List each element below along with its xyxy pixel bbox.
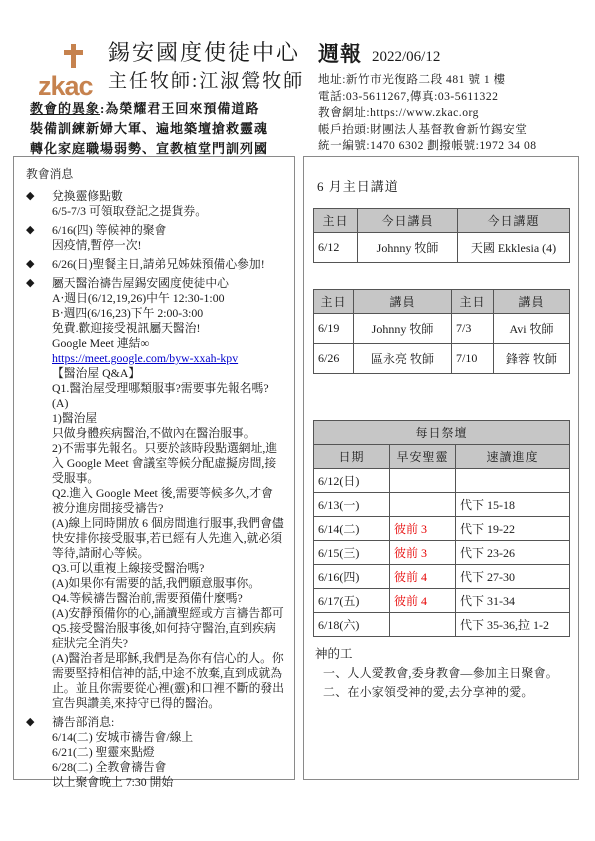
announcement-content: 禱告部消息: 6/14(二) 安城市禱告會/線上 6/21(二) 聖靈來點燈 6… bbox=[52, 715, 284, 790]
address-line: 地址:新竹市光復路二段 481 號 1 樓 bbox=[318, 72, 578, 89]
col-header-speaker: 今日講員 bbox=[358, 209, 458, 233]
healing-house-title: 屬天醫治禱告屋錫安國度使徒中心 bbox=[52, 276, 284, 291]
altar-date: 6/14(二) bbox=[314, 517, 390, 541]
free-service-line: 免費.歡迎接受視訊屬天醫治! bbox=[52, 321, 284, 336]
altar-morning: 彼前 4 bbox=[390, 565, 456, 589]
sermon-topic: 天國 Ekklesia (4) bbox=[458, 233, 570, 263]
table-header-row: 日期 早安聖靈 速讀進度 bbox=[314, 445, 570, 469]
pastor-line: 主任牧師:江淑鶯牧師 bbox=[108, 68, 304, 96]
altar-date: 6/16(四) bbox=[314, 565, 390, 589]
prayer-meeting-time-line: 以上聚會晚上 7:30 開始 bbox=[52, 775, 284, 790]
altar-date: 6/12(日) bbox=[314, 469, 390, 493]
sermon-speaker: Johnny 牧師 bbox=[358, 233, 458, 263]
announcement-content: 兌換靈修點數 6/5-7/3 可領取登記之提貨券。 bbox=[52, 189, 284, 219]
qa-answer-1-point2: 2)不需事先報名。只要於該時段點選網址,進入 Google Meet 會議室等候… bbox=[52, 441, 284, 486]
qa-question-4: Q4.等候禱告醫治前,需要預備什麼嗎? bbox=[52, 591, 284, 606]
col-header-sunday: 主日 bbox=[452, 290, 494, 314]
altar-row: 6/14(二) 彼前 3 代下 19-22 bbox=[314, 517, 570, 541]
qa-answer-3: (A)如果你有需要的話,我們願意服事你。 bbox=[52, 576, 284, 591]
sermon-section-title: 6 月主日講道 bbox=[317, 179, 569, 194]
church-contact-info: 地址:新竹市光復路二段 481 號 1 樓 電話:03-5611267,傳真:0… bbox=[318, 72, 578, 155]
altar-row: 6/12(日) bbox=[314, 469, 570, 493]
meet-link-label: Google Meet 連結 bbox=[52, 336, 140, 350]
sermon-date: 6/12 bbox=[314, 233, 358, 263]
bulletin-date: 2022/06/12 bbox=[372, 49, 440, 66]
daily-altar-table: 每日祭壇 日期 早安聖靈 速讀進度 6/12(日) 6/13(一) 代下 15-… bbox=[313, 420, 570, 637]
diamond-bullet-icon: ◆ bbox=[24, 223, 52, 253]
daily-altar-title: 每日祭壇 bbox=[314, 421, 570, 445]
masthead-right: 週報 2022/06/12 地址:新竹市光復路二段 481 號 1 樓 電話:0… bbox=[318, 38, 578, 155]
altar-title-row: 每日祭壇 bbox=[314, 421, 570, 445]
announcement-line: 6/26(日)聖餐主日,請弟兄姊妹預備心參加! bbox=[52, 257, 284, 272]
altar-date: 6/13(一) bbox=[314, 493, 390, 517]
sermon-table-upcoming: 主日 講員 主日 講員 6/19 Johnny 牧師 7/3 Avi 牧師 6/… bbox=[313, 289, 570, 374]
announcement-line: 兌換靈修點數 bbox=[52, 189, 284, 204]
sermon-speaker: 區永亮 牧師 bbox=[354, 344, 452, 374]
sermon-table-current: 主日 今日講員 今日講題 6/12 Johnny 牧師 天國 Ekklesia … bbox=[313, 208, 570, 263]
announcement-item: ◆ 6/26(日)聖餐主日,請弟兄姊妹預備心參加! bbox=[24, 257, 284, 272]
col-header-sunday: 主日 bbox=[314, 209, 358, 233]
altar-reading: 代下 19-22 bbox=[456, 517, 570, 541]
gods-work-line-2: 二、在小家領受神的愛,去分享神的愛。 bbox=[323, 685, 569, 700]
meet-link-line: https://meet.google.com/byw-xxah-kpv bbox=[52, 351, 284, 366]
altar-row: 6/18(六) 代下 35-36,拉 1-2 bbox=[314, 613, 570, 637]
sermon-date: 6/19 bbox=[314, 314, 354, 344]
sermon-speaker: Avi 牧師 bbox=[494, 314, 570, 344]
schedule-line-a: A‧週日(6/12,19,26)中午 12:30-1:00 bbox=[52, 291, 284, 306]
masthead-title-block: 錫安國度使徒中心 主任牧師:江淑鶯牧師 bbox=[108, 38, 304, 96]
col-header-morning-spirit: 早安聖靈 bbox=[390, 445, 456, 469]
altar-morning bbox=[390, 469, 456, 493]
vision-statement: 教會的異象:為榮耀君王回來預備道路 裝備訓練新婦大軍、遍地築壇搶救靈魂 轉化家庭… bbox=[30, 99, 268, 159]
altar-reading: 代下 35-36,拉 1-2 bbox=[456, 613, 570, 637]
announcements-title: 教會消息 bbox=[26, 167, 284, 182]
announcement-line: 6/16(四) 等候神的聚會 bbox=[52, 223, 284, 238]
altar-reading bbox=[456, 469, 570, 493]
church-name: 錫安國度使徒中心 bbox=[108, 38, 304, 68]
qa-question-1: Q1.醫治屋受理哪類服事?需要事先報名嗎? bbox=[52, 381, 284, 396]
announcements-box: 教會消息 ◆ 兌換靈修點數 6/5-7/3 可領取登記之提貨券。 ◆ 6/16(… bbox=[13, 156, 295, 780]
announcement-content: 屬天醫治禱告屋錫安國度使徒中心 A‧週日(6/12,19,26)中午 12:30… bbox=[52, 276, 284, 711]
qa-answer-2: (A)線上同時開放 6 個房間進行服事,我們會儘快安排你接受服事,若已經有人先進… bbox=[52, 516, 284, 561]
announcement-item-prayer-dept: ◆ 禱告部消息: 6/14(二) 安城市禱告會/線上 6/21(二) 聖靈來點燈… bbox=[24, 715, 284, 790]
col-header-reading-progress: 速讀進度 bbox=[456, 445, 570, 469]
diamond-bullet-icon: ◆ bbox=[24, 715, 52, 790]
sermon-speaker: Johnny 牧師 bbox=[354, 314, 452, 344]
table-header-row: 主日 今日講員 今日講題 bbox=[314, 209, 570, 233]
diamond-bullet-icon: ◆ bbox=[24, 189, 52, 219]
altar-morning: 彼前 3 bbox=[390, 517, 456, 541]
col-header-speaker: 講員 bbox=[354, 290, 452, 314]
right-column-box: 6 月主日講道 主日 今日講員 今日講題 6/12 Johnny 牧師 天國 E… bbox=[303, 156, 579, 780]
announcement-line: 因疫情,暫停一次! bbox=[52, 238, 284, 253]
vision-line-1: 教會的異象:為榮耀君王回來預備道路 bbox=[30, 99, 268, 119]
diamond-bullet-icon: ◆ bbox=[24, 257, 52, 272]
schedule-line-b: B‧週四(6/16,23)下午 2:00-3:00 bbox=[52, 306, 284, 321]
gods-work-line-1: 一、人人愛教會,委身教會—參加主日聚會。 bbox=[323, 666, 569, 681]
diamond-bullet-icon: ◆ bbox=[24, 276, 52, 711]
sermon-date: 6/26 bbox=[314, 344, 354, 374]
altar-morning bbox=[390, 493, 456, 517]
church-logo: zkac bbox=[38, 46, 116, 102]
qa-answer-1-head: (A) bbox=[52, 396, 284, 411]
altar-date: 6/15(三) bbox=[314, 541, 390, 565]
table-row: 6/19 Johnny 牧師 7/3 Avi 牧師 bbox=[314, 314, 570, 344]
tax-id-line: 統一編號:1470 6302 劃撥帳號:1972 34 08 bbox=[318, 138, 578, 155]
website-line: 教會網址:https://www.zkac.org bbox=[318, 105, 578, 122]
cross-icon bbox=[71, 44, 76, 68]
meet-link-label-line: Google Meet 連結∞ bbox=[52, 336, 284, 351]
vision-line-2: 裝備訓練新婦大軍、遍地築壇搶救靈魂 bbox=[30, 119, 268, 139]
table-row: 6/26 區永亮 牧師 7/10 鋒蓉 牧師 bbox=[314, 344, 570, 374]
account-title-line: 帳戶抬頭:財團法人基督教會新竹錫安堂 bbox=[318, 122, 578, 139]
altar-date: 6/17(五) bbox=[314, 589, 390, 613]
announcement-line: 6/5-7/3 可領取登記之提貨券。 bbox=[52, 204, 284, 219]
prayer-meeting-line: 6/14(二) 安城市禱告會/線上 bbox=[52, 730, 284, 745]
col-header-sunday: 主日 bbox=[314, 290, 354, 314]
altar-reading: 代下 27-30 bbox=[456, 565, 570, 589]
weekly-title-line: 週報 2022/06/12 bbox=[318, 38, 578, 68]
table-row: 6/12 Johnny 牧師 天國 Ekklesia (4) bbox=[314, 233, 570, 263]
prayer-meeting-line: 6/28(二) 全教會禱告會 bbox=[52, 760, 284, 775]
altar-morning bbox=[390, 613, 456, 637]
sermon-date: 7/3 bbox=[452, 314, 494, 344]
qa-question-5: Q5.接受醫治服事後,如何持守醫治,直到疾病症狀完全消失? bbox=[52, 621, 284, 651]
col-header-speaker: 講員 bbox=[494, 290, 570, 314]
qa-answer-5: (A)醫治者是耶穌,我們是為你有信心的人。你需要堅持相信神的話,中途不放棄,直到… bbox=[52, 651, 284, 711]
weekly-report-label: 週報 bbox=[318, 38, 362, 68]
altar-row: 6/16(四) 彼前 4 代下 27-30 bbox=[314, 565, 570, 589]
vision-line-1-rest: :為榮耀君王回來預備道路 bbox=[100, 101, 259, 116]
table-header-row: 主日 講員 主日 講員 bbox=[314, 290, 570, 314]
cross-icon-bar bbox=[64, 50, 83, 55]
altar-morning: 彼前 3 bbox=[390, 541, 456, 565]
sermon-speaker: 鋒蓉 牧師 bbox=[494, 344, 570, 374]
prayer-dept-title: 禱告部消息: bbox=[52, 715, 284, 730]
col-header-topic: 今日講題 bbox=[458, 209, 570, 233]
sermon-date: 7/10 bbox=[452, 344, 494, 374]
logo-letters: zkac bbox=[38, 73, 93, 100]
altar-row: 6/15(三) 彼前 3 代下 23-26 bbox=[314, 541, 570, 565]
link-icon: ∞ bbox=[140, 336, 149, 350]
announcement-item: ◆ 6/16(四) 等候神的聚會 因疫情,暫停一次! bbox=[24, 223, 284, 253]
prayer-meeting-line: 6/21(二) 聖靈來點燈 bbox=[52, 745, 284, 760]
google-meet-link[interactable]: https://meet.google.com/byw-xxah-kpv bbox=[52, 351, 238, 365]
altar-reading: 代下 15-18 bbox=[456, 493, 570, 517]
phone-fax-line: 電話:03-5611267,傳真:03-5611322 bbox=[318, 89, 578, 106]
announcement-item-healing-house: ◆ 屬天醫治禱告屋錫安國度使徒中心 A‧週日(6/12,19,26)中午 12:… bbox=[24, 276, 284, 711]
announcement-item: ◆ 兌換靈修點數 6/5-7/3 可領取登記之提貨券。 bbox=[24, 189, 284, 219]
gods-work-title: 神的工 bbox=[315, 647, 569, 662]
col-header-date: 日期 bbox=[314, 445, 390, 469]
altar-row: 6/17(五) 彼前 4 代下 31-34 bbox=[314, 589, 570, 613]
announcement-content: 6/26(日)聖餐主日,請弟兄姊妹預備心參加! bbox=[52, 257, 284, 272]
qa-question-2: Q2.進入 Google Meet 後,需要等候多久,才會被分進房間接受禱告? bbox=[52, 486, 284, 516]
bulletin-page: zkac 錫安國度使徒中心 主任牧師:江淑鶯牧師 教會的異象:為榮耀君王回來預備… bbox=[0, 0, 595, 841]
qa-answer-1-point1-text: 只做身體疾病醫治,不做內在醫治服事。 bbox=[52, 426, 284, 441]
announcement-content: 6/16(四) 等候神的聚會 因疫情,暫停一次! bbox=[52, 223, 284, 253]
altar-reading: 代下 23-26 bbox=[456, 541, 570, 565]
qa-answer-4: (A)安靜預備你的心,誦讀聖經或方言禱告都可 bbox=[52, 606, 284, 621]
altar-morning: 彼前 4 bbox=[390, 589, 456, 613]
gods-work-section: 神的工 一、人人愛教會,委身教會—參加主日聚會。 二、在小家領受神的愛,去分享神… bbox=[315, 647, 569, 700]
qa-section-title: 【醫治屋 Q&A】 bbox=[52, 366, 284, 381]
altar-date: 6/18(六) bbox=[314, 613, 390, 637]
qa-question-3: Q3.可以重複上線接受醫治嗎? bbox=[52, 561, 284, 576]
altar-reading: 代下 31-34 bbox=[456, 589, 570, 613]
qa-answer-1-point1: 1)醫治屋 bbox=[52, 411, 284, 426]
altar-row: 6/13(一) 代下 15-18 bbox=[314, 493, 570, 517]
vision-label: 教會的異象 bbox=[30, 101, 100, 116]
